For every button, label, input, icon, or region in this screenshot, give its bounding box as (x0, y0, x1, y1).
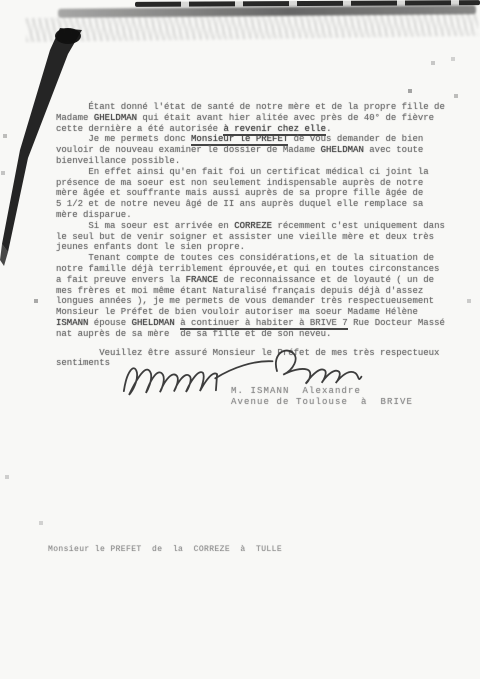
text-segment: nat auprès de sa mère de sa fille et de … (56, 329, 331, 339)
letter-line: En effet ainsi qu'en fait foi un certifi… (56, 167, 472, 178)
text-segment: notre famille déjà terriblement éprouvée… (56, 264, 439, 274)
letter-line: le seul but de venir soigner et assister… (56, 232, 472, 243)
text-segment: qui était avant hier alitée avec près de… (137, 113, 434, 123)
letter-line: longues années ), je me permets de vous … (56, 296, 472, 307)
letter-line: Tenant compte de toutes ces considératio… (56, 253, 472, 264)
text-segment: Madame (56, 113, 94, 123)
letter-line: 5 1/2 et de notre neveu âgé de II ans au… (56, 199, 472, 210)
text-segment: mère disparue. (56, 210, 132, 220)
letter-line: bienveillance possible. (56, 156, 472, 167)
letter-line: Madame GHELDMAN qui était avant hier ali… (56, 113, 472, 124)
letter-paragraph: Étant donné l'état de santé de notre mèr… (56, 102, 472, 134)
letter-paragraph: Tenant compte de toutes ces considératio… (56, 253, 472, 339)
letter-line: mère âgée et souffrante mais aussi auprè… (56, 188, 472, 199)
signatory-address: Avenue de Toulouse à BRIVE (231, 397, 413, 408)
text-segment: Si ma soeur est arrivée en (56, 221, 234, 231)
letter-paragraph: Je me permets donc Monsieur le PREFET de… (56, 134, 472, 166)
text-segment: de reconnaissance et de loyauté ( un de (218, 275, 434, 285)
letter-line: cette dernière a été autorisée à revenir… (56, 124, 472, 135)
text-segment: cette dernière a été autorisée (56, 124, 223, 134)
text-segment: GHELDMAN (132, 318, 175, 328)
recipient-line: Monsieur le PREFET de la CORREZE à TULLE (48, 545, 282, 554)
text-segment: En effet ainsi qu'en fait foi un certifi… (56, 167, 429, 177)
text-segment: sentiments (56, 358, 110, 368)
letter-line: Si ma soeur est arrivée en CORREZE récem… (56, 221, 472, 232)
text-segment: Rue Docteur Massé (348, 318, 445, 328)
letter-line: jeunes enfants dont le sien propre. (56, 242, 472, 253)
letter-line: Étant donné l'état de santé de notre mèr… (56, 102, 472, 113)
letter-paragraph: En effet ainsi qu'en fait foi un certifi… (56, 167, 472, 221)
text-segment: mère âgée et souffrante mais aussi auprè… (56, 188, 423, 198)
letter-line: mère disparue. (56, 210, 472, 221)
text-segment: de vous demander de bien (288, 134, 423, 144)
letter-line: nat auprès de sa mère de sa fille et de … (56, 329, 472, 340)
text-segment: . (326, 124, 331, 134)
text-segment: FRANCE (186, 275, 218, 285)
letter-body: Étant donné l'état de santé de notre mèr… (56, 102, 472, 369)
text-segment: GHELDMAN (321, 145, 364, 155)
text-segment: récemment c'est uniquement dans (272, 221, 445, 231)
text-segment: le seul but de venir soigner et assister… (56, 232, 434, 242)
text-segment: ISMANN (56, 318, 88, 328)
letter-line: a fait preuve envers la FRANCE de reconn… (56, 275, 472, 286)
signatory-name: M. ISMANN Alexandre (231, 386, 413, 397)
text-segment: avec toute (364, 145, 423, 155)
letter-line: Je me permets donc Monsieur le PREFET de… (56, 134, 472, 145)
text-segment: CORREZE (234, 221, 272, 231)
letter-line: ISMANN épouse GHELDMAN à continuer à hab… (56, 318, 472, 329)
scan-artifact-top-smudge (26, 12, 478, 42)
letter-line: mes frères et moi même étant Naturalisé … (56, 286, 472, 297)
scanned-letter-page: Étant donné l'état de santé de notre mèr… (0, 0, 480, 679)
letter-paragraph: Si ma soeur est arrivée en CORREZE récem… (56, 221, 472, 253)
text-segment: Étant donné l'état de santé de notre mèr… (56, 102, 445, 112)
text-segment: 5 1/2 et de notre neveu âgé de II ans au… (56, 199, 423, 209)
letter-line: présence de ma soeur est non seulement i… (56, 178, 472, 189)
letter-line: notre famille déjà terriblement éprouvée… (56, 264, 472, 275)
text-segment: bienveillance possible. (56, 156, 180, 166)
text-segment: vouloir de nouveau examiner le dossier d… (56, 145, 321, 155)
text-segment: a fait preuve envers la (56, 275, 186, 285)
text-segment: Monsieur le Préfet de bien vouloir autor… (56, 307, 418, 317)
text-segment: Je me permets donc (56, 134, 191, 144)
text-segment: GHELDMAN (94, 113, 137, 123)
text-segment: épouse (88, 318, 131, 328)
text-segment: présence de ma soeur est non seulement i… (56, 178, 423, 188)
text-segment: Tenant compte de toutes ces considératio… (56, 253, 434, 263)
scan-artifact-specks (0, 0, 2, 2)
text-segment: longues années ), je me permets de vous … (56, 296, 434, 306)
letter-line: Monsieur le Préfet de bien vouloir autor… (56, 307, 472, 318)
typed-signature-block: M. ISMANN Alexandre Avenue de Toulouse à… (231, 386, 413, 408)
text-segment: mes frères et moi même étant Naturalisé … (56, 286, 423, 296)
letter-line: vouloir de nouveau examiner le dossier d… (56, 145, 472, 156)
text-segment: jeunes enfants dont le sien propre. (56, 242, 245, 252)
